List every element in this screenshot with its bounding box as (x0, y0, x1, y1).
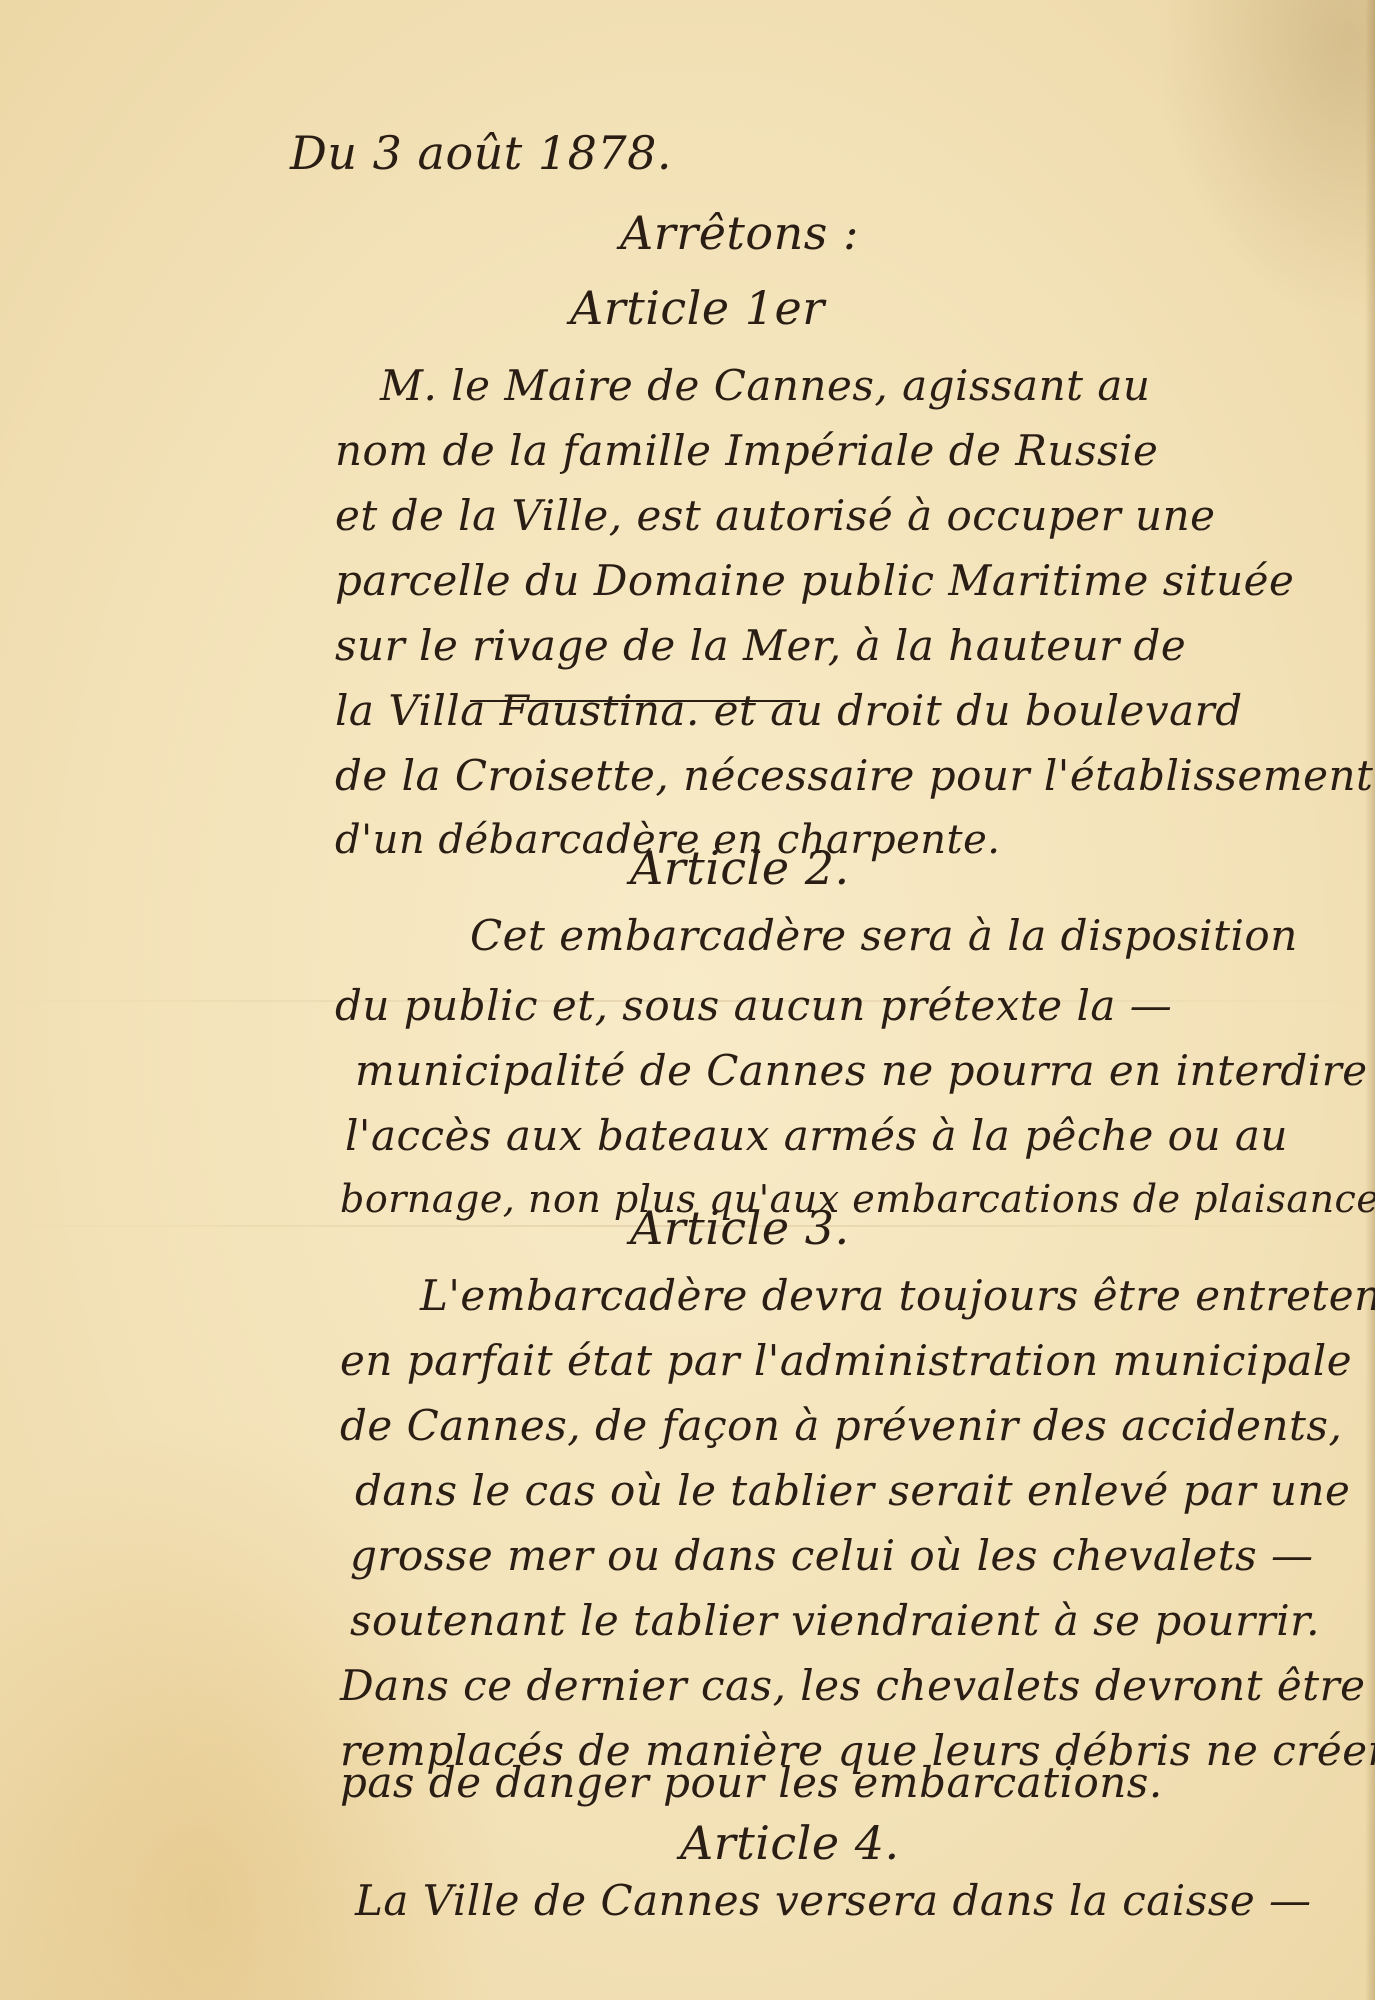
article-1-line: parcelle du Domaine public Maritime situ… (335, 560, 1294, 602)
manuscript-page: Du 3 août 1878. Arrêtons : Article 1er M… (0, 0, 1375, 2000)
article-1-line: de la Croisette, nécessaire pour l'établ… (335, 755, 1373, 797)
article-1-line: la Villa Faustina. et au droit du boulev… (335, 690, 1243, 732)
document-date: Du 3 août 1878. (290, 130, 672, 176)
article-1-heading: Article 1er (570, 285, 825, 331)
article-3-line: grosse mer ou dans celui où les chevalet… (350, 1535, 1314, 1577)
article-3-line: de Cannes, de façon à prévenir des accid… (340, 1405, 1342, 1447)
article-1-line: et de la Ville, est autorisé à occuper u… (335, 495, 1216, 537)
article-1-line: sur le rivage de la Mer, à la hauteur de (335, 625, 1186, 667)
article-3-line: dans le cas où le tablier serait enlevé … (355, 1470, 1350, 1512)
paper-edge (1365, 0, 1375, 2000)
document-title: Arrêtons : (620, 210, 859, 256)
article-2-heading: Article 2. (630, 845, 850, 891)
article-2-line: Cet embarcadère sera à la disposition (470, 915, 1298, 957)
article-2-line: municipalité de Cannes ne pourra en inte… (355, 1050, 1368, 1092)
article-4-heading: Article 4. (680, 1820, 900, 1866)
article-2-line: l'accès aux bateaux armés à la pêche ou … (345, 1115, 1288, 1157)
article-3-line: soutenant le tablier viendraient à se po… (350, 1600, 1320, 1642)
article-3-line: pas de danger pour les embarcations. (340, 1762, 1163, 1804)
article-1-line: nom de la famille Impériale de Russie (335, 430, 1158, 472)
article-4-line: La Ville de Cannes versera dans la caiss… (355, 1880, 1312, 1922)
name-underline (470, 700, 800, 702)
article-3-line: en parfait état par l'administration mun… (340, 1340, 1352, 1382)
article-3-line: L'embarcadère devra toujours être entret… (420, 1275, 1375, 1317)
article-3-line: Dans ce dernier cas, les chevalets devro… (340, 1665, 1366, 1707)
article-1-line: M. le Maire de Cannes, agissant au (380, 365, 1150, 407)
article-2-line: du public et, sous aucun prétexte la — (335, 985, 1172, 1027)
article-3-heading: Article 3. (630, 1205, 850, 1251)
article-2-line: bornage, non plus qu'aux embarcations de… (340, 1180, 1375, 1218)
